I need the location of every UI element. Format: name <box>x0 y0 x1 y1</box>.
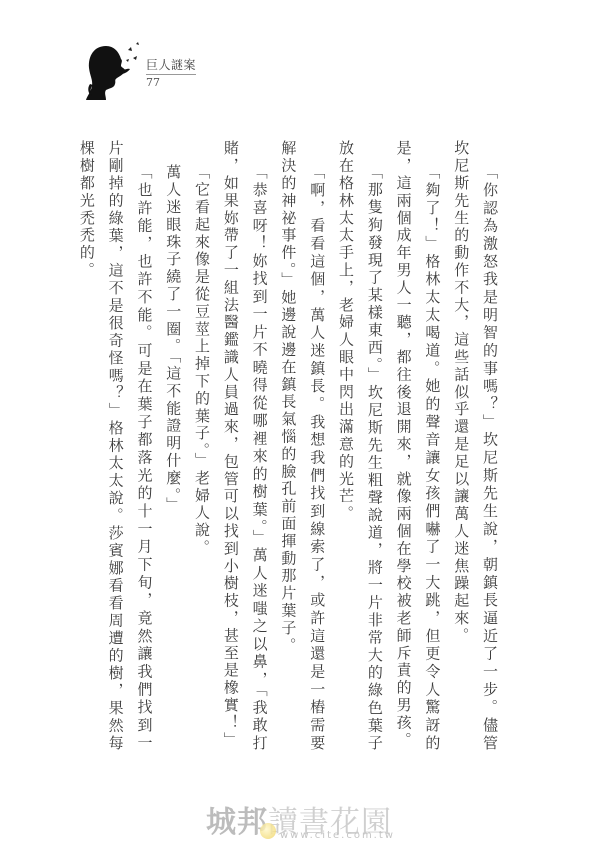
paragraph: 「你認為激怒我是明智的事嗎？」坎尼斯先生說，朝鎮長逼近了一步。儘管坎尼斯先生的動… <box>446 140 504 752</box>
paragraph: 「恭喜呀！妳找到一片不曉得從哪裡來的樹葉。」萬人迷嗤之以鼻，「我敢打賭，如果妳帶… <box>216 140 274 752</box>
paragraph: 萬人迷眼珠子繞了一圈。「這不能證明什麼。」 <box>158 140 187 752</box>
page-number: 77 <box>146 76 160 89</box>
paragraph: 「那隻狗發現了某樣東西。」坎尼斯先生粗聲說道，將一片非常大的綠色葉子放在格林太太… <box>331 140 389 752</box>
girl-silhouette-icon <box>84 38 144 104</box>
lightbulb-icon <box>260 823 276 839</box>
watermark: 城邦讀書花園 www.cite.com.tw <box>206 797 426 847</box>
watermark-url: www.cite.com.tw <box>280 830 395 841</box>
paragraph: 「也許能，也許不能。可是在葉子都落光的十一月下旬，竟然讓我們找到一片剛掉的綠葉，… <box>72 140 158 752</box>
paragraph: 「夠了！」格林太太喝道。她的聲音讓女孩們嚇了一大跳，但更令人驚訝的是，這兩個成年… <box>389 140 447 752</box>
paragraph: 「它看起來像是從豆莖上掉下的葉子。」老婦人說。 <box>187 140 216 752</box>
watermark-brand-bold: 城邦 <box>206 805 268 840</box>
book-title: 巨人謎案 <box>146 56 196 75</box>
page-header: 巨人謎案 77 <box>84 38 234 108</box>
paragraph: 「啊，看看這個，萬人迷鎮長。我想我們找到線索了，或許這還是一樁需要解決的神祕事件… <box>274 140 332 752</box>
vertical-text-body: 「你認為激怒我是明智的事嗎？」坎尼斯先生說，朝鎮長逼近了一步。儘管坎尼斯先生的動… <box>72 140 504 752</box>
